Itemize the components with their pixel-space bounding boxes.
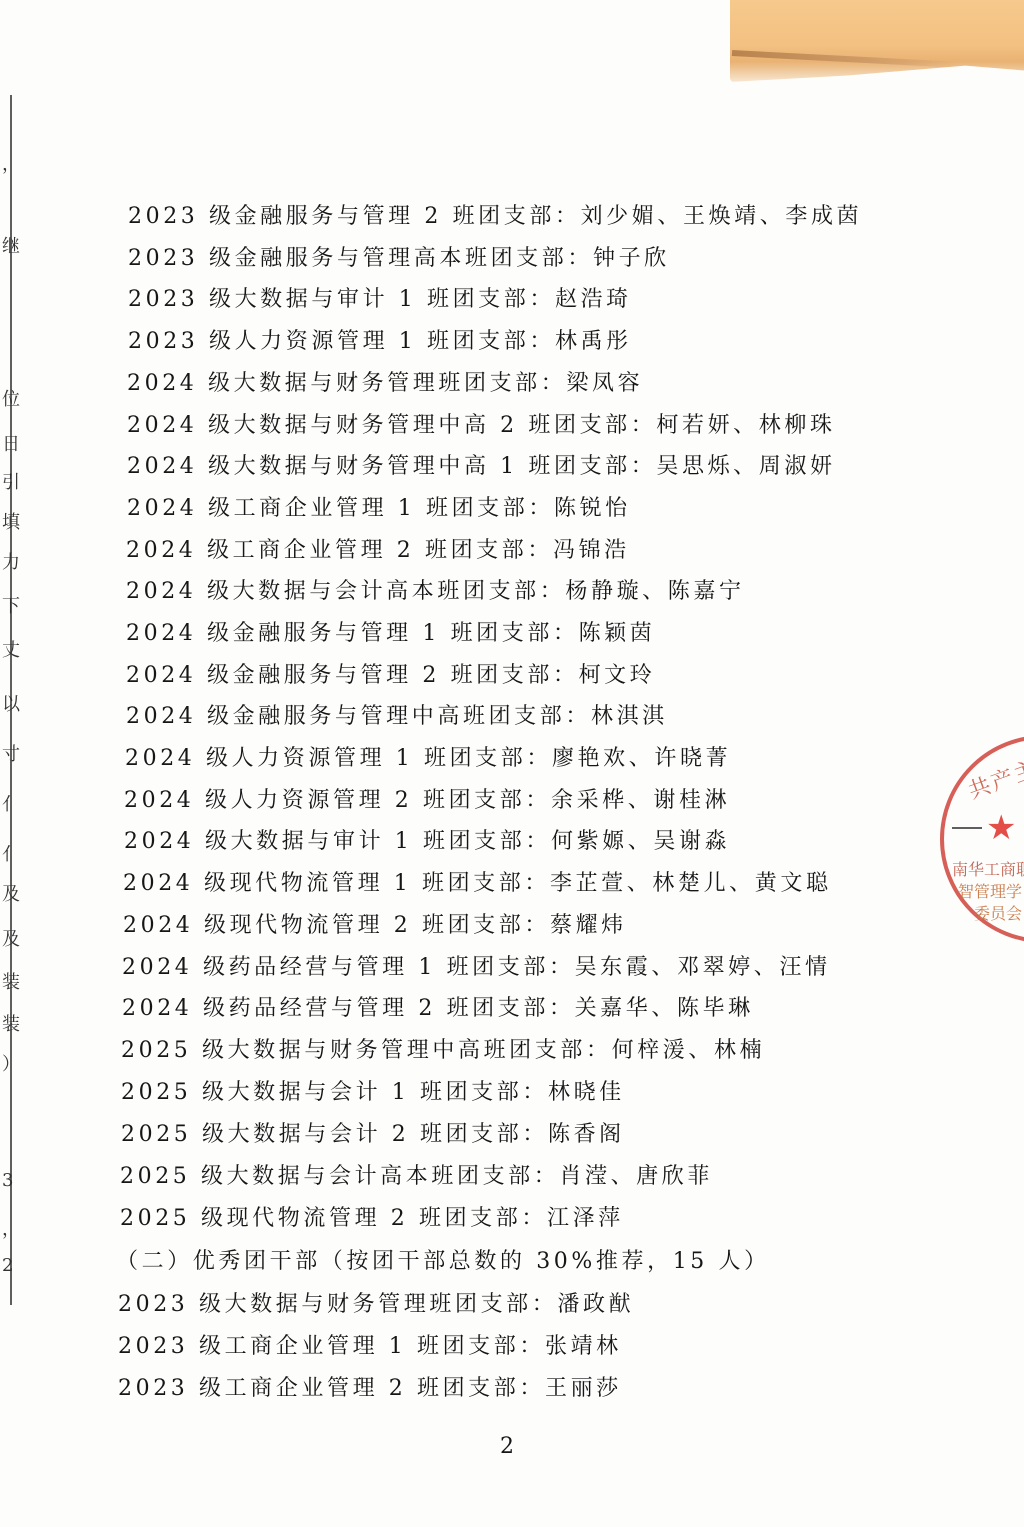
honoree-entry: 2024 级现代物流管理 2 班团支部：蔡耀炜	[123, 911, 627, 941]
honoree-entry: 2024 级金融服务与管理 2 班团支部：柯文玲	[126, 661, 655, 691]
honoree-entry: 2024 级金融服务与管理中高班团支部：林淇淇	[126, 702, 668, 732]
official-red-seal: 共产主义 ★ 南华工商职 智管理学 委员会	[940, 735, 1024, 943]
margin-fragment: 及	[2, 925, 22, 951]
seal-text-line-3: 委员会	[974, 901, 1022, 924]
seal-text-line-1: 南华工商职	[952, 857, 1024, 880]
honoree-entry: 2024 级人力资源管理 1 班团支部：廖艳欢、许晓菁	[125, 744, 731, 774]
margin-fragment: 填	[2, 508, 22, 534]
honoree-entry: 2024 级大数据与审计 1 班团支部：何紫嫄、吴谢淼	[124, 827, 730, 857]
honoree-entry: 2023 级人力资源管理 1 班团支部：林禹彤	[128, 327, 632, 357]
honoree-entry: 2024 级工商企业管理 1 班团支部：陈锐怡	[127, 494, 631, 524]
margin-fragment: 引	[2, 468, 22, 494]
cadre-entry: 2023 级大数据与财务管理班团支部：潘政猷	[118, 1290, 634, 1320]
margin-fragment: 3	[2, 1170, 22, 1191]
margin-fragment: 以	[2, 690, 22, 716]
page-number: 2	[500, 1432, 514, 1462]
margin-fragment: 亻	[2, 790, 22, 816]
seal-dash-left	[952, 827, 982, 829]
cadre-entry: 2023 级工商企业管理 2 班团支部：王丽莎	[118, 1374, 622, 1404]
margin-fragment: 亻	[2, 840, 22, 866]
star-icon: ★	[986, 811, 1016, 845]
honoree-entry: 2024 级大数据与财务管理班团支部：梁凤容	[127, 369, 643, 399]
adhesive-tape-strip	[730, 0, 1024, 82]
margin-fragment: 装	[2, 1010, 22, 1036]
section-heading-outstanding-cadres: （二）优秀团干部（按团干部总数的 30%推荐，15 人）	[116, 1247, 770, 1277]
honoree-entry: 2025 级大数据与会计 2 班团支部：陈香阁	[121, 1120, 625, 1150]
honoree-entry: 2025 级大数据与财务管理中高班团支部：何梓湲、林楠	[121, 1036, 765, 1066]
honoree-entry: 2024 级大数据与财务管理中高 1 班团支部：吴思烁、周淑妍	[127, 452, 836, 482]
honoree-entry: 2024 级药品经营与管理 2 班团支部：关嘉华、陈毕琳	[122, 994, 754, 1024]
margin-fragment: 装	[2, 968, 22, 994]
seal-text-line-2: 智管理学	[958, 879, 1022, 902]
honoree-entry: 2024 级金融服务与管理 1 班团支部：陈颖茵	[126, 619, 655, 649]
margin-fragment: 位	[2, 385, 22, 411]
honoree-entry: 2024 级药品经营与管理 1 班团支部：吴东霞、邓翠婷、汪情	[122, 953, 831, 983]
margin-fragment: ）	[2, 1050, 22, 1076]
cadre-entry: 2023 级工商企业管理 1 班团支部：张靖林	[118, 1332, 622, 1362]
honoree-entry: 2024 级大数据与财务管理中高 2 班团支部：柯若妍、林柳珠	[127, 411, 836, 441]
honoree-entry: 2025 级现代物流管理 2 班团支部：江泽萍	[120, 1204, 624, 1234]
honoree-entry: 2024 级大数据与会计高本班团支部：杨静璇、陈嘉宁	[126, 577, 745, 607]
honoree-entry: 2024 级工商企业管理 2 班团支部：冯锦浩	[126, 536, 630, 566]
margin-fragment: 继	[2, 232, 22, 258]
margin-fragment: 及	[2, 880, 22, 906]
left-margin-cut-off-text: ， 继 位 日 引 填 力 下 丈 以 寸 亻 亻 及 及 装 装 ） 3 ， …	[0, 0, 30, 1527]
honoree-entry: 2025 级大数据与会计高本班团支部：肖滢、唐欣菲	[120, 1162, 713, 1192]
margin-fragment: 丈	[2, 636, 22, 662]
margin-fragment: 下	[2, 592, 22, 618]
margin-fragment: 2	[2, 1255, 22, 1276]
seal-arc-text: 共产主义	[964, 744, 1024, 806]
margin-fragment: 日	[2, 430, 22, 456]
honoree-entry: 2023 级大数据与审计 1 班团支部：赵浩琦	[128, 285, 632, 315]
honoree-entry: 2023 级金融服务与管理 2 班团支部：刘少媚、王焕靖、李成茵	[128, 202, 862, 232]
margin-fragment: 寸	[2, 740, 22, 766]
honoree-entry: 2023 级金融服务与管理高本班团支部：钟子欣	[128, 244, 670, 274]
margin-fragment: 力	[2, 548, 22, 574]
honoree-entry: 2024 级现代物流管理 1 班团支部：李芷萱、林楚儿、黄文聪	[123, 869, 832, 899]
honoree-entry: 2025 级大数据与会计 1 班团支部：林晓佳	[121, 1078, 625, 1108]
honoree-entry: 2024 级人力资源管理 2 班团支部：余采桦、谢桂淋	[124, 786, 730, 816]
margin-fragment: ，	[2, 1215, 22, 1241]
margin-fragment: ，	[2, 150, 22, 176]
